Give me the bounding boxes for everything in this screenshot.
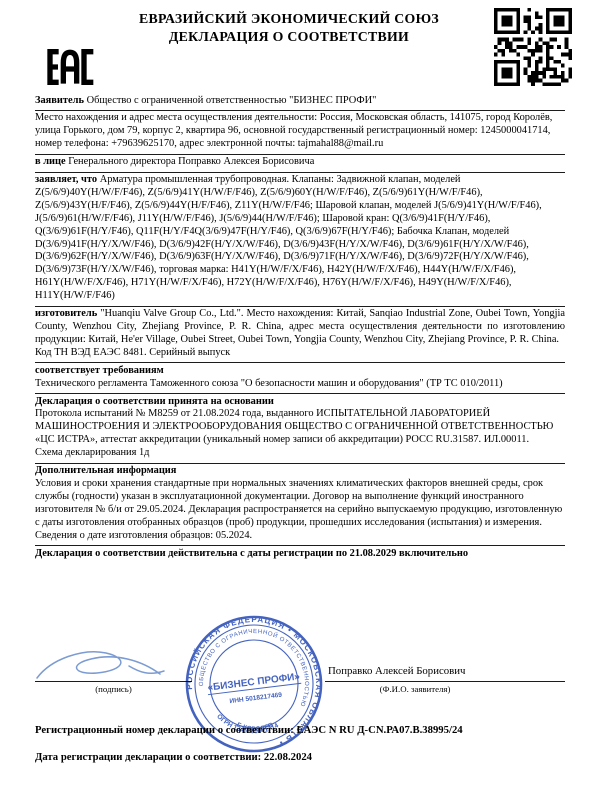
signatory-line: [325, 681, 565, 682]
document-title: ЕВРАЗИЙСКИЙ ЭКОНОМИЧЕСКИЙ СОЮЗ ДЕКЛАРАЦИ…: [0, 10, 578, 45]
address-row: Место нахождения и адрес места осуществл…: [35, 111, 565, 155]
address-text: Место нахождения и адрес места осуществл…: [35, 112, 552, 149]
handwritten-signature: [33, 643, 168, 683]
title-line-1: ЕВРАЗИЙСКИЙ ЭКОНОМИЧЕСКИЙ СОЮЗ: [0, 10, 578, 28]
complies-header: соответствует требованиям: [35, 365, 565, 378]
declaration-body: Заявитель Общество с ограниченной ответс…: [35, 93, 565, 563]
applicant-value: Общество с ограниченной ответственностью…: [87, 95, 377, 106]
additional-header: Дополнительная информация: [35, 465, 565, 478]
complies-value: Технического регламента Таможенного союз…: [35, 378, 565, 391]
manufacturer-label: изготовитель: [35, 308, 97, 319]
signatory-name: Поправко Алексей Борисович: [328, 665, 465, 677]
registration-date-line: Дата регистрации декларации о соответств…: [35, 751, 312, 763]
declares-value: Арматура промышленная трубопроводная. Кл…: [35, 174, 542, 301]
person-label: в лице: [35, 156, 66, 167]
complies-row: соответствует требованиям Технического р…: [35, 363, 565, 394]
eac-mark-icon: [44, 42, 96, 92]
manufacturer-value: "Huanqiu Valve Group Co., Ltd.". Место н…: [35, 308, 565, 345]
signature-line: [35, 681, 192, 682]
declaration-document: ЕВРАЗИЙСКИЙ ЭКОНОМИЧЕСКИЙ СОЮЗ ДЕКЛАРАЦИ…: [0, 0, 600, 800]
basis-header: Декларация о соответствии принята на осн…: [35, 396, 565, 409]
stamp-inn: ИНН 5018217469: [229, 692, 283, 705]
stamp-company-name: «БИЗНЕС ПРОФИ»: [207, 671, 301, 693]
registration-number-line: Регистрационный номер декларации о соотв…: [35, 724, 463, 736]
basis-row: Декларация о соответствии принята на осн…: [35, 394, 565, 464]
declares-label: заявляет, что: [35, 174, 97, 185]
signature-caption: (подпись): [35, 684, 192, 694]
tn-ved-code: Код ТН ВЭД ЕАЭС 8481. Серийный выпуск: [35, 347, 565, 360]
basis-value: Протокола испытаний № М8259 от 21.08.202…: [35, 408, 565, 447]
registration-date-value: 22.08.2024: [264, 751, 312, 763]
declares-row: заявляет, что Арматура промышленная труб…: [35, 173, 565, 307]
registration-number-label: Регистрационный номер декларации о соотв…: [35, 724, 294, 736]
additional-info-row: Дополнительная информация Условия и срок…: [35, 464, 565, 546]
additional-value: Условия и сроки хранения стандартные при…: [35, 478, 565, 543]
applicant-row: Заявитель Общество с ограниченной ответс…: [35, 93, 565, 111]
registration-number-value: ЕАЭС N RU Д-CN.РА07.В.38995/24: [296, 724, 462, 736]
registration-date-label: Дата регистрации декларации о соответств…: [35, 751, 261, 763]
manufacturer-row: изготовитель "Huanqiu Valve Group Co., L…: [35, 307, 565, 364]
scheme-text: Схема декларирования 1д: [35, 447, 565, 460]
person-row: в лице Генерального директора Поправко А…: [35, 155, 565, 173]
person-value: Генерального директора Поправко Алексея …: [68, 156, 314, 167]
validity-row: Декларация о соответствии действительна …: [35, 546, 565, 563]
signatory-caption: (Ф.И.О. заявителя): [340, 684, 490, 694]
applicant-label: Заявитель: [35, 95, 84, 106]
qr-code-icon: [494, 8, 572, 86]
